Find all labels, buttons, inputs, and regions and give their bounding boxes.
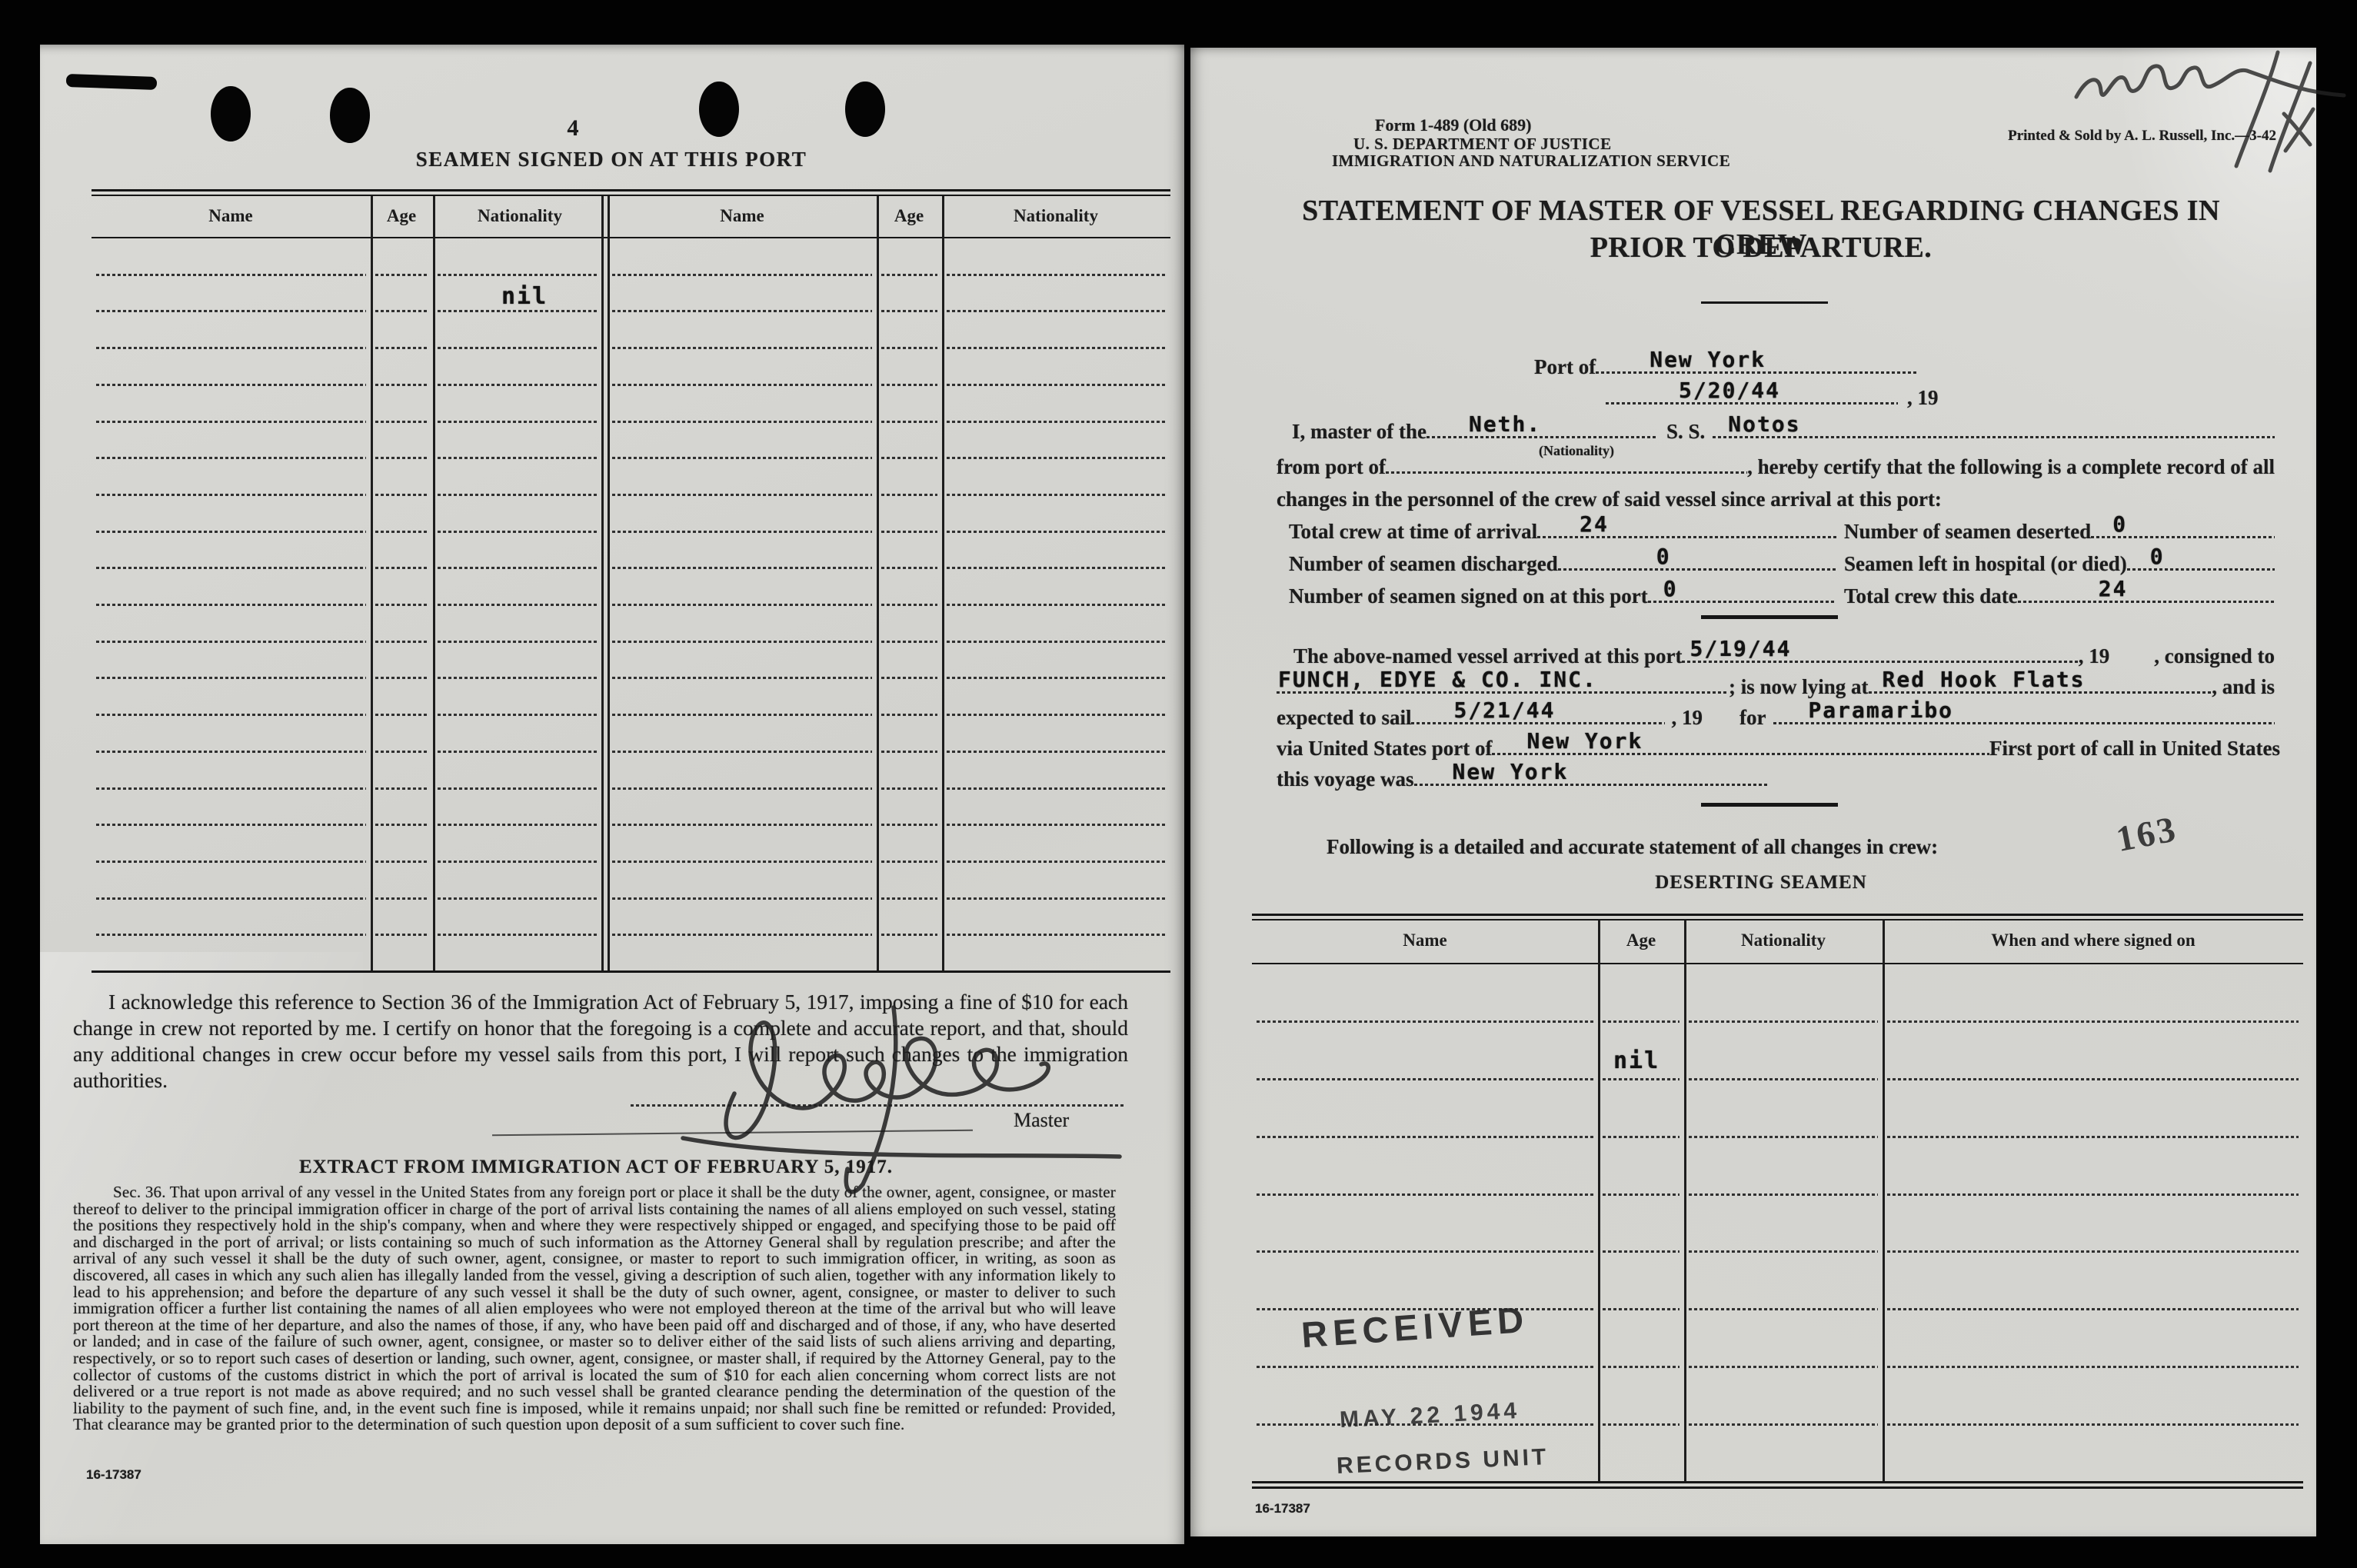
table-rule	[947, 421, 1166, 423]
table-rule	[612, 824, 872, 826]
table-rule	[1598, 920, 1600, 1481]
column-header-name: Name	[208, 206, 252, 226]
stat-discharged: Number of seamen discharged 0	[1289, 552, 1836, 576]
arrived-suffix: , consigned to	[2154, 644, 2275, 668]
consignee-suffix: , and is	[2212, 675, 2275, 699]
table-rule	[1603, 1366, 1680, 1368]
spacer	[2109, 662, 2154, 663]
table-rule	[375, 274, 428, 276]
table-rule	[612, 751, 872, 753]
table-rule	[881, 494, 937, 496]
table-rule	[947, 787, 1166, 790]
table-rule	[947, 897, 1166, 900]
consignee-line: FUNCH, EDYE & CO. INC. ; is now lying at…	[1277, 675, 2275, 699]
nationality-fill: Neth.	[1427, 428, 1657, 438]
table-rule	[1689, 1020, 1878, 1023]
extract-heading: EXTRACT FROM IMMIGRATION ACT OF FEBRUARY…	[73, 1157, 1119, 1178]
table-rule	[881, 714, 937, 716]
section-divider	[1701, 803, 1838, 807]
table-rule	[1257, 1193, 1593, 1196]
table-rule	[1689, 1308, 1878, 1310]
destination-value: Paramaribo	[1808, 697, 1953, 723]
stat-label: Number of seamen deserted	[1844, 520, 2091, 544]
table-rule	[438, 861, 597, 863]
table-rule	[438, 751, 597, 753]
table-rule	[92, 237, 1170, 238]
sail-year: , 19	[1671, 706, 1703, 730]
section-divider	[1701, 615, 1838, 619]
punch-hole	[845, 82, 885, 137]
table-rule	[1603, 1423, 1680, 1426]
table-rule	[612, 457, 872, 459]
table-rule	[92, 195, 1170, 196]
table-rule	[881, 384, 937, 386]
table-rule	[438, 310, 597, 312]
table-rule	[1603, 1078, 1680, 1080]
table-rule	[375, 567, 428, 569]
arrived-label: The above-named vessel arrived at this p…	[1293, 644, 1682, 668]
extract-body: Sec. 36. That upon arrival of any vessel…	[73, 1184, 1116, 1433]
table-rule	[947, 677, 1166, 679]
consignee-fill: FUNCH, EDYE & CO. INC.	[1277, 683, 1729, 694]
date-line: 5/20/44 , 19	[1606, 386, 1959, 410]
table-rule	[438, 787, 597, 790]
ss-label: S. S.	[1666, 420, 1705, 444]
table-rule	[375, 751, 428, 753]
port-line: Port of New York	[1534, 355, 1916, 379]
right-table-nil-entry: nil	[1613, 1047, 1660, 1074]
table-rule	[881, 421, 937, 423]
table-rule	[947, 310, 1166, 312]
table-rule	[1689, 1136, 1878, 1138]
table-rule	[1603, 1308, 1680, 1310]
table-rule	[438, 934, 597, 936]
table-rule	[375, 824, 428, 826]
stat-fill: 24	[1537, 528, 1836, 538]
arrived-year: , 19	[2079, 644, 2110, 668]
table-rule	[1257, 1078, 1593, 1080]
vessel-fill: Notos	[1713, 428, 2275, 438]
table-rule	[438, 531, 597, 533]
table-rule	[433, 196, 435, 970]
table-rule	[96, 824, 366, 826]
table-rule	[96, 384, 366, 386]
table-rule	[947, 457, 1166, 459]
table-rule	[1883, 920, 1885, 1481]
table-rule	[1689, 1423, 1878, 1426]
table-rule	[96, 567, 366, 569]
stat-fill: 0	[2091, 528, 2275, 538]
voyage-label: this voyage was	[1277, 767, 1414, 791]
table-rule	[375, 714, 428, 716]
table-rule	[947, 531, 1166, 533]
date-year-suffix: , 19	[1907, 386, 1939, 410]
table-rule	[947, 751, 1166, 753]
form-id: Form 1-489 (Old 689)	[1375, 115, 1531, 135]
master-label: Master	[1014, 1109, 1069, 1132]
table-rule	[375, 861, 428, 863]
stats-row-1: Total crew at time of arrival 24 Number …	[1289, 520, 2275, 544]
table-rule	[1603, 1193, 1680, 1196]
certify-text: , hereby certify that the following is a…	[1747, 455, 2275, 479]
table-rule	[612, 897, 872, 900]
table-rule	[881, 457, 937, 459]
stat-label: Number of seamen discharged	[1289, 552, 1558, 576]
stat-hospital: Seamen left in hospital (or died) 0	[1844, 552, 2275, 576]
stat-value: 24	[1580, 511, 1609, 537]
table-rule	[612, 677, 872, 679]
table-rule	[375, 384, 428, 386]
punch-hole	[699, 82, 739, 137]
table-rule	[375, 457, 428, 459]
table-rule	[1603, 1250, 1680, 1253]
table-rule	[612, 641, 872, 643]
stat-value: 24	[2099, 576, 2128, 601]
right-form-number: 16-17387	[1255, 1501, 1310, 1516]
port-fill: New York	[1596, 363, 1916, 374]
table-rule	[881, 567, 937, 569]
table-rule	[375, 494, 428, 496]
table-rule	[881, 787, 937, 790]
via-line: via United States port of New York First…	[1277, 737, 2280, 761]
table-rule	[96, 787, 366, 790]
page-number: 4	[538, 115, 608, 141]
column-header-when-and-where-signed-on: When and where signed on	[1991, 930, 2195, 950]
table-rule	[438, 897, 597, 900]
master-line: I, master of the Neth. S. S. Notos	[1292, 420, 2275, 444]
table-rule	[612, 604, 872, 606]
port-label: Port of	[1534, 355, 1596, 379]
table-rule	[612, 861, 872, 863]
table-rule	[947, 861, 1166, 863]
table-rule	[375, 531, 428, 533]
table-rule	[1252, 1481, 2303, 1483]
deserting-seamen-title: DESERTING SEAMEN	[1530, 872, 1992, 894]
stat-signed-on: Number of seamen signed on at this port …	[1289, 584, 1836, 608]
table-rule	[881, 677, 937, 679]
table-rule	[881, 531, 937, 533]
column-header-name: Name	[720, 206, 764, 226]
table-rule	[438, 384, 597, 386]
stat-total-date: Total crew this date 24	[1844, 584, 2275, 608]
stat-total-arrival: Total crew at time of arrival 24	[1289, 520, 1836, 544]
table-rule	[881, 824, 937, 826]
table-rule	[612, 787, 872, 790]
agency-line-2: IMMIGRATION AND NATURALIZATION SERVICE	[1332, 151, 1730, 171]
table-rule	[96, 934, 366, 936]
stat-value: 0	[1663, 576, 1678, 601]
table-rule	[1689, 1078, 1878, 1080]
table-rule	[438, 677, 597, 679]
table-rule	[947, 824, 1166, 826]
table-rule	[612, 531, 872, 533]
table-rule	[1689, 1250, 1878, 1253]
table-rule	[947, 641, 1166, 643]
voyage-fill: New York	[1414, 775, 1769, 786]
table-rule	[96, 861, 366, 863]
master-label-text: I, master of the	[1292, 420, 1427, 444]
column-header-name: Name	[1403, 930, 1446, 950]
table-rule	[96, 677, 366, 679]
column-header-nationality: Nationality	[1014, 206, 1098, 226]
consignee-value: FUNCH, EDYE & CO. INC.	[1278, 667, 1597, 692]
table-rule	[947, 274, 1166, 276]
handwritten-vessel-note	[2046, 23, 2353, 177]
via-value: New York	[1526, 728, 1643, 754]
table-rule	[612, 384, 872, 386]
table-rule	[1887, 1078, 2299, 1080]
table-rule	[947, 604, 1166, 606]
table-rule	[612, 934, 872, 936]
sail-for: for	[1739, 706, 1766, 730]
table-rule	[947, 347, 1166, 349]
from-port-fill	[1386, 463, 1747, 474]
table-rule	[371, 196, 373, 970]
via-label: via United States port of	[1277, 737, 1492, 761]
lying-fill: Red Hook Flats	[1869, 683, 2212, 694]
table-rule	[438, 457, 597, 459]
table-rule	[1252, 963, 2303, 964]
table-rule	[96, 421, 366, 423]
table-rule	[1887, 1308, 2299, 1310]
table-rule	[612, 421, 872, 423]
stat-fill: 0	[2127, 560, 2275, 571]
table-rule	[1252, 919, 2303, 920]
table-rule	[1257, 1250, 1593, 1253]
table-rule	[608, 196, 610, 970]
table-rule	[96, 347, 366, 349]
from-port-line: from port of , hereby certify that the f…	[1277, 455, 2275, 479]
table-rule	[612, 310, 872, 312]
table-rule	[96, 457, 366, 459]
column-header-nationality: Nationality	[1741, 930, 1826, 950]
table-rule	[1603, 1136, 1680, 1138]
table-rule	[1257, 1136, 1593, 1138]
table-rule	[881, 310, 937, 312]
table-rule	[1887, 1366, 2299, 1368]
table-rule	[375, 787, 428, 790]
signature-line	[631, 1104, 1124, 1107]
changes-line: changes in the personnel of the crew of …	[1277, 488, 1942, 511]
table-rule	[1887, 1193, 2299, 1196]
table-rule	[438, 494, 597, 496]
sail-line: expected to sail 5/21/44 , 19 for Parama…	[1277, 706, 2275, 730]
table-rule	[881, 751, 937, 753]
table-rule	[1252, 1486, 2303, 1489]
table-rule	[947, 714, 1166, 716]
table-rule	[947, 934, 1166, 936]
table-rule	[438, 274, 597, 276]
table-rule	[375, 310, 428, 312]
table-rule	[881, 861, 937, 863]
column-header-age: Age	[894, 206, 924, 226]
table-rule	[375, 897, 428, 900]
column-header-age: Age	[387, 206, 416, 226]
column-header-age: Age	[1626, 930, 1656, 950]
stat-deserted: Number of seamen deserted 0	[1844, 520, 2275, 544]
table-rule	[1603, 1020, 1680, 1023]
table-rule	[96, 751, 366, 753]
voyage-line: this voyage was New York	[1277, 767, 1769, 791]
table-rule	[1887, 1423, 2299, 1426]
table-rule	[947, 567, 1166, 569]
stat-value: 0	[2150, 544, 2165, 569]
table-rule	[947, 384, 1166, 386]
lying-label: ; is now lying at	[1729, 675, 1869, 699]
table-rule	[375, 641, 428, 643]
arrived-fill: 5/19/44	[1682, 652, 2078, 663]
stat-value: 0	[1656, 544, 1671, 569]
table-rule	[375, 934, 428, 936]
table-rule	[612, 494, 872, 496]
stat-label: Seamen left in hospital (or died)	[1844, 552, 2127, 576]
spacer	[1703, 724, 1739, 724]
sail-fill: 5/21/44	[1411, 714, 1665, 724]
lying-value: Red Hook Flats	[1883, 667, 2086, 692]
stat-label: Total crew at time of arrival	[1289, 520, 1537, 544]
table-rule	[612, 274, 872, 276]
table-rule	[881, 897, 937, 900]
table-rule	[96, 531, 366, 533]
left-table-nil-entry: nil	[501, 283, 548, 310]
column-header-nationality: Nationality	[478, 206, 562, 226]
table-rule	[1257, 1366, 1593, 1368]
table-rule	[375, 421, 428, 423]
table-rule	[881, 934, 937, 936]
table-rule	[375, 604, 428, 606]
table-rule	[612, 567, 872, 569]
arrived-line: The above-named vessel arrived at this p…	[1293, 644, 2275, 668]
title-rule	[1701, 301, 1828, 304]
via-fill: New York	[1492, 744, 1989, 755]
stats-row-3: Number of seamen signed on at this port …	[1289, 584, 2275, 608]
table-rule	[375, 347, 428, 349]
table-rule	[96, 310, 366, 312]
table-rule	[1689, 1193, 1878, 1196]
arrived-value: 5/19/44	[1690, 636, 1791, 661]
table-rule	[438, 567, 597, 569]
following-line: Following is a detailed and accurate sta…	[1327, 835, 1938, 859]
table-rule	[881, 604, 937, 606]
scanned-document: 4 SEAMEN SIGNED ON AT THIS PORT NameAgeN…	[0, 0, 2357, 1568]
voyage-value: New York	[1453, 759, 1569, 784]
table-rule	[947, 494, 1166, 496]
table-rule	[438, 714, 597, 716]
table-rule	[1257, 1020, 1593, 1023]
table-rule	[1252, 914, 2303, 916]
table-rule	[1887, 1136, 2299, 1138]
table-rule	[612, 347, 872, 349]
nationality-value: Neth.	[1469, 411, 1541, 437]
table-rule	[96, 897, 366, 900]
table-rule	[96, 714, 366, 716]
table-rule	[942, 196, 944, 970]
vessel-value: Notos	[1728, 411, 1800, 437]
punch-hole	[211, 86, 251, 141]
destination-fill: Paramaribo	[1773, 714, 2275, 724]
stat-label: Number of seamen signed on at this port	[1289, 584, 1648, 608]
table-rule	[96, 604, 366, 606]
table-rule	[438, 347, 597, 349]
table-rule	[96, 274, 366, 276]
stat-value: 0	[2112, 511, 2127, 537]
table-rule	[438, 604, 597, 606]
table-rule	[438, 641, 597, 643]
table-rule	[92, 189, 1170, 191]
table-rule	[1887, 1250, 2299, 1253]
table-rule	[601, 196, 604, 970]
table-rule	[96, 494, 366, 496]
table-rule	[881, 274, 937, 276]
table-rule	[1684, 920, 1686, 1481]
from-port-label: from port of	[1277, 455, 1386, 479]
date-value: 5/20/44	[1679, 378, 1780, 403]
table-rule	[438, 824, 597, 826]
stat-fill: 0	[1648, 592, 1836, 603]
table-rule	[375, 677, 428, 679]
port-value: New York	[1650, 347, 1766, 372]
table-rule	[877, 196, 879, 970]
date-fill: 5/20/44	[1606, 394, 1898, 404]
seamen-signed-on-table: NameAgeNationalityNameAgeNationality	[92, 189, 1170, 975]
stats-row-2: Number of seamen discharged 0 Seamen lef…	[1289, 552, 2275, 576]
table-rule	[881, 347, 937, 349]
stat-label: Total crew this date	[1844, 584, 2018, 608]
table-rule	[881, 641, 937, 643]
table-rule	[438, 421, 597, 423]
punch-hole	[330, 88, 370, 143]
sail-value: 5/21/44	[1453, 697, 1555, 723]
table-rule	[1887, 1020, 2299, 1023]
first-port-label: First port of call in United States	[1989, 737, 2280, 761]
left-page-title: SEAMEN SIGNED ON AT THIS PORT	[308, 148, 915, 171]
statement-title-line-2: PRIOR TO DEPARTURE.	[1261, 231, 2261, 265]
stat-fill: 24	[2018, 592, 2275, 603]
table-rule	[1689, 1366, 1878, 1368]
table-rule	[612, 714, 872, 716]
table-rule	[96, 641, 366, 643]
stat-fill: 0	[1558, 560, 1836, 571]
sail-label: expected to sail	[1277, 706, 1411, 730]
left-form-number: 16-17387	[86, 1467, 141, 1483]
